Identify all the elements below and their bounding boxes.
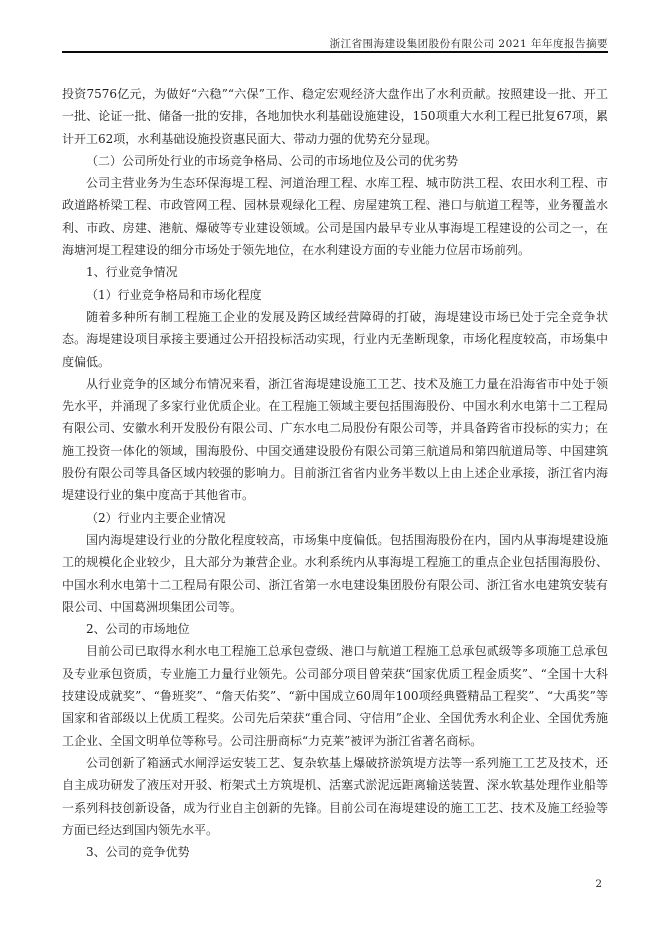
- section-heading: （2）行业内主要企业情况: [62, 507, 608, 529]
- paragraph: 随着多种所有制工程施工企业的发展及跨区域经营障碍的打破，海堤建设市场已处于完全竞…: [62, 306, 608, 373]
- page-number: 2: [595, 878, 602, 890]
- page-header-title: 浙江省围海建设集团股份有限公司 2021 年年度报告摘要: [62, 36, 608, 51]
- section-heading: 3、公司的竞争优势: [62, 841, 608, 863]
- paragraph: 公司创新了箱涵式水闸浮运安装工艺、复杂软基上爆破挤淤筑堤方法等一系列施工工艺及技…: [62, 752, 608, 841]
- paragraph: 从行业竞争的区域分布情况来看，浙江省海堤建设施工工艺、技术及施工力量在沿海省市中…: [62, 373, 608, 507]
- header-rule: [62, 51, 608, 53]
- paragraph: 投资7576亿元，为做好“六稳”“六保”工作、稳定宏观经济大盘作出了水利贡献。按…: [62, 83, 608, 150]
- document-body: 投资7576亿元，为做好“六稳”“六保”工作、稳定宏观经济大盘作出了水利贡献。按…: [62, 83, 608, 863]
- section-heading: （1）行业竞争格局和市场化程度: [62, 284, 608, 306]
- section-heading: 2、公司的市场地位: [62, 618, 608, 640]
- report-page: 浙江省围海建设集团股份有限公司 2021 年年度报告摘要 投资7576亿元，为做…: [0, 0, 662, 936]
- paragraph: 公司主营业务为生态环保海堤工程、河道治理工程、水库工程、城市防洪工程、农田水利工…: [62, 172, 608, 261]
- section-heading: （二）公司所处行业的市场竞争格局、公司的市场地位及公司的优劣势: [62, 150, 608, 172]
- paragraph: 国内海堤建设行业的分散化程度较高，市场集中度偏低。包括围海股份在内，国内从事海堤…: [62, 529, 608, 618]
- section-heading: 1、行业竞争情况: [62, 261, 608, 283]
- paragraph: 目前公司已取得水利水电工程施工总承包壹级、港口与航道工程施工总承包贰级等多项施工…: [62, 640, 608, 751]
